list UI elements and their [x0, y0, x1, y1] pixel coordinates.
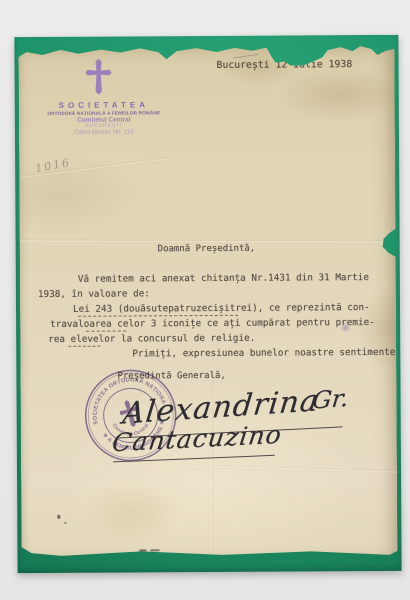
green-board: SOCIETATEA ORTODOXĂ NAȚIONALĂ A FEMEILOR…	[14, 35, 401, 573]
society-name: SOCIETATEA	[34, 100, 174, 110]
dateline: București 12 Iulie 1938	[217, 59, 353, 71]
society-subtitle: ORTODOXĂ NAȚIONALĂ A FEMEILOR ROMÂNE	[34, 110, 174, 116]
pencil-scribble	[232, 48, 259, 59]
typed-underline	[78, 315, 238, 317]
body-line: Lei 243 (douăsutepatruzecișitrei), ce re…	[73, 302, 370, 315]
ink-speck	[150, 549, 159, 551]
ink-speck	[64, 522, 66, 524]
letterhead: SOCIETATEA ORTODOXĂ NAȚIONALĂ A FEMEILOR…	[33, 56, 173, 57]
city-line: BUCUREȘTI	[34, 123, 174, 129]
address-line: Calea Moșilor No. 110	[34, 129, 174, 136]
body-line: 1938, în valoare de:	[38, 288, 150, 300]
ink-speck	[57, 515, 60, 519]
signature-suffix: Gr.	[311, 384, 350, 415]
body-line: Primiți, expresiunea bunelor noastre sen…	[132, 347, 401, 360]
ink-speck	[139, 549, 146, 551]
typed-underline	[68, 346, 100, 347]
crease-line	[191, 465, 397, 474]
body-line: Vă remitem aci anexat chitanța Nr.1431 d…	[78, 272, 369, 285]
body-line: rea elevelor la concursul de religie.	[48, 333, 255, 345]
typed-underline	[86, 331, 126, 332]
letterhead-cross-icon	[85, 59, 111, 95]
letter-paper: SOCIETATEA ORTODOXĂ NAȚIONALĂ A FEMEILOR…	[18, 43, 397, 561]
salutation: Doamnă Președintă,	[158, 244, 256, 255]
body-line: travaloarea celor 3 iconițe ce ați cumpă…	[50, 317, 375, 330]
crease-line	[20, 240, 396, 244]
photo-backdrop: SOCIETATEA ORTODOXĂ NAȚIONALĂ A FEMEILOR…	[0, 0, 410, 600]
